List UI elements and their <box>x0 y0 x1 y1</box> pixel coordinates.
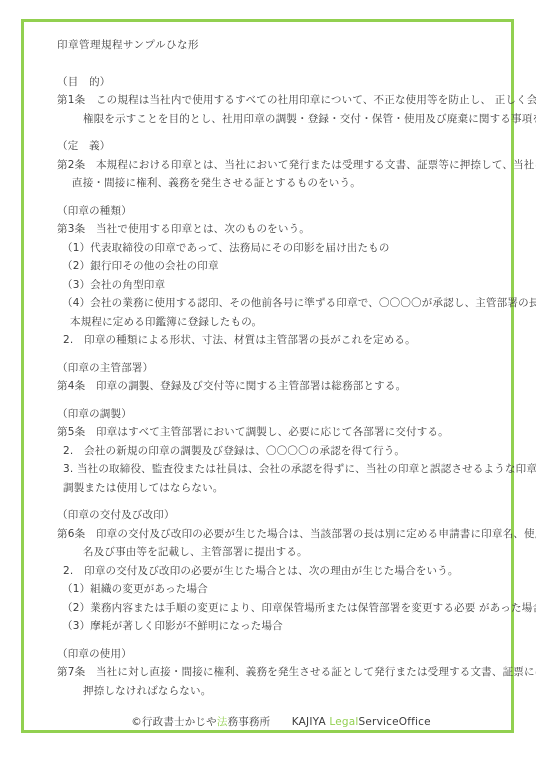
section-heading: （印章の主管部署） <box>57 359 505 378</box>
list-item-line: （2）銀行印その他の会社の印章 <box>57 257 505 276</box>
section-heading: （印章の交付及び改印） <box>57 506 505 525</box>
numbered-clause-line: 2. 会社の新規の印章の調製及び登録は、〇〇〇〇の承認を得て行う。 <box>57 442 505 461</box>
article-line: 第4条 印章の調製、登録及び交付等に関する主管部署は総務部とする。 <box>57 377 505 396</box>
list-item-continuation-line: 本規程に定める印鑑簿に登録したもの。 <box>57 313 505 332</box>
footer-separator <box>270 716 291 728</box>
list-item-line: （1）代表取締役の印章であって、法務局にその印影を届け出たもの <box>57 239 505 258</box>
list-item-line: （1）組織の変更があった場合 <box>57 580 505 599</box>
list-item-line: （3）摩耗が著しく印影が不鮮明になった場合 <box>57 617 505 636</box>
footer-copyright-accent: 法 <box>217 716 228 728</box>
article-continuation-line: 直接・間接に権利、義務を発生させる証とするものをいう。 <box>57 174 505 193</box>
numbered-clause-line: 3. 当社の取締役、監査役または社員は、会社の承認を得ずに、当社の印章と誤認させ… <box>57 460 505 479</box>
document-footer: ©行政書士かじや法務事務所 KAJIYA LegalServiceOffice <box>57 713 505 732</box>
article-continuation-line: 押捺しなければならない。 <box>57 682 505 701</box>
document-body: （目 的）第1条 この規程は当社内で使用するすべての社用印章について、不正な使用… <box>57 73 505 701</box>
document-title: 印章管理規程サンプルひな形 <box>57 36 505 55</box>
article-continuation-line: 名及び事由等を記載し、主管部署に提出する。 <box>57 543 505 562</box>
article-continuation-line: 権限を示すことを目的とし、社用印章の調製・登録・交付・保管・使用及び廃棄に関する… <box>57 110 505 129</box>
document-border-frame: 印章管理規程サンプルひな形 （目 的）第1条 この規程は当社内で使用するすべての… <box>21 19 514 733</box>
footer-copyright-text: ©行政書士かじや <box>131 716 217 728</box>
numbered-clause-line: 2. 印章の交付及び改印の必要が生じた場合とは、次の理由が生じた場合をいう。 <box>57 562 505 581</box>
article-line: 第3条 当社で使用する印章とは、次のものをいう。 <box>57 220 505 239</box>
article-line: 第7条 当社に対し直接・間接に権利、義務を発生させる証として発行または受理する文… <box>57 663 505 682</box>
section-heading: （印章の種類） <box>57 202 505 221</box>
document-page: 印章管理規程サンプルひな形 （目 的）第1条 この規程は当社内で使用するすべての… <box>0 0 536 758</box>
footer-office-name: KAJIYA <box>292 716 330 728</box>
article-line: 第5条 印章はすべて主管部署において調製し、必要に応じて各部署に交付する。 <box>57 423 505 442</box>
footer-office-name-end: ServiceOffice <box>359 716 431 728</box>
footer-office-accent: Legal <box>329 716 358 728</box>
section-heading: （印章の調製） <box>57 405 505 424</box>
numbered-clause-line: 2. 印章の種類による形状、寸法、材質は主管部署の長がこれを定める。 <box>57 331 505 350</box>
section-heading: （定 義） <box>57 137 505 156</box>
list-item-line: （3）会社の角型印章 <box>57 276 505 295</box>
section-heading: （印章の使用） <box>57 645 505 664</box>
list-item-line: （2）業務内容または手順の変更により、印章保管場所または保管部署を変更する必要 … <box>57 599 505 618</box>
article-line: 第6条 印章の交付及び改印の必要が生じた場合は、当該部署の長は別に定める申請書に… <box>57 525 505 544</box>
article-line: 第2条 本規程における印章とは、当社において発行または受理する文書、証票等に押捺… <box>57 156 505 175</box>
section-heading: （目 的） <box>57 73 505 92</box>
article-line: 第1条 この規程は当社内で使用するすべての社用印章について、不正な使用等を防止し… <box>57 91 505 110</box>
list-item-line: （4）会社の業務に使用する認印、その他前各号に準ずる印章で、〇〇〇〇が承認し、主… <box>57 294 505 313</box>
numbered-clause-continuation-line: 調製または使用してはならない。 <box>57 479 505 498</box>
footer-copyright-text-end: 務事務所 <box>228 716 271 728</box>
